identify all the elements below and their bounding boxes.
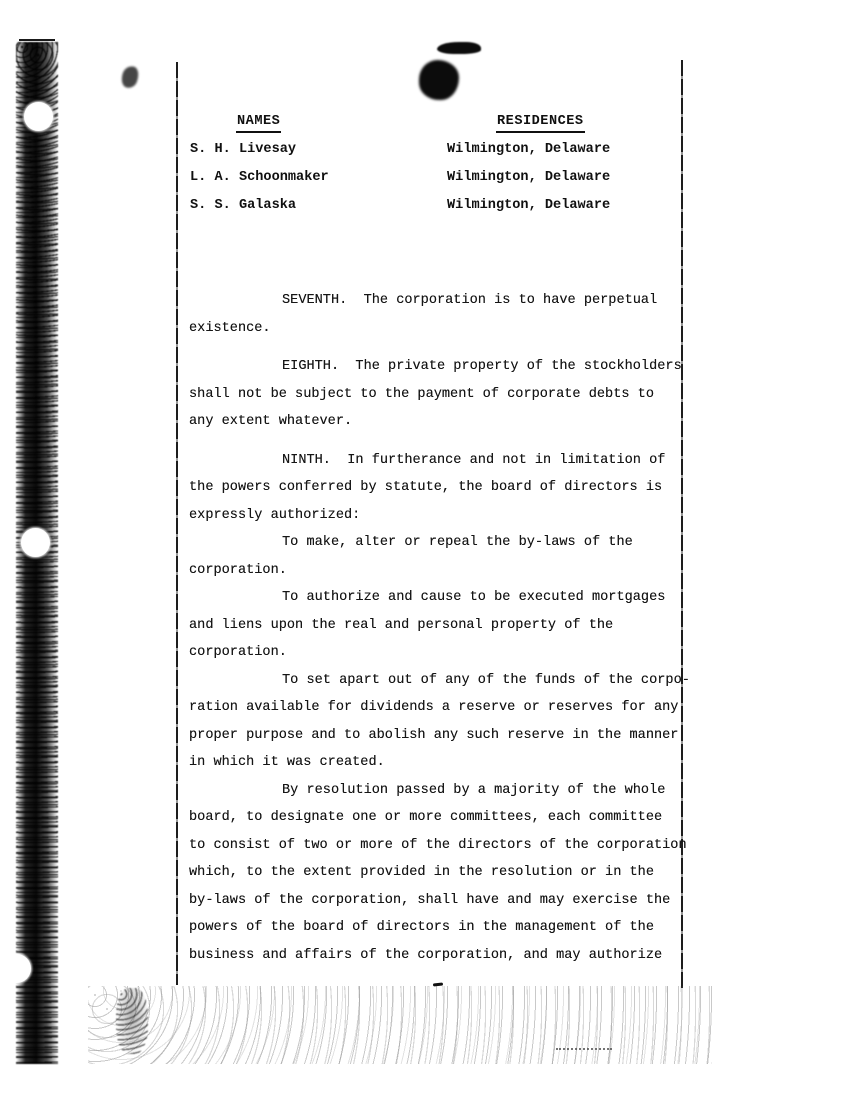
power-mortgages: To authorize and cause to be executed mo… [189, 584, 693, 667]
left-ruled-line [176, 62, 178, 985]
incorporator-residence: Wilmington, Delaware [447, 136, 610, 164]
hole-punch [21, 528, 50, 557]
incorporator-residence: Wilmington, Delaware [447, 192, 610, 220]
power-bylaws: To make, alter or repeal the by-laws of … [189, 529, 693, 584]
table-row: L. A. Schoonmaker Wilmington, Delaware [190, 164, 660, 192]
table-row: S. H. Livesay Wilmington, Delaware [190, 136, 660, 164]
article-eighth: EIGHTH. The private property of the stoc… [189, 353, 693, 436]
residences-column-header: RESIDENCES [496, 114, 585, 133]
incorporator-residence: Wilmington, Delaware [447, 164, 610, 192]
hole-punch [2, 954, 31, 983]
table-row: S. S. Galaska Wilmington, Delaware [190, 192, 660, 220]
article-ninth: NINTH. In furtherance and not in limitat… [189, 447, 693, 530]
hole-punch [24, 102, 53, 131]
faint-dashed-mark [556, 1048, 612, 1050]
incorporators-table: NAMES RESIDENCES S. H. Livesay Wilmingto… [190, 114, 660, 220]
incorporator-name: S. S. Galaska [190, 192, 296, 220]
articles-body: SEVENTH. The corporation is to have perp… [189, 276, 693, 969]
scan-edge-top-mark [19, 39, 55, 41]
ink-blot [419, 60, 459, 100]
incorporator-name: S. H. Livesay [190, 136, 296, 164]
power-committees: By resolution passed by a majority of th… [189, 777, 693, 970]
power-reserves: To set apart out of any of the funds of … [189, 667, 693, 777]
table-header-row: NAMES RESIDENCES [190, 114, 660, 136]
scan-smudge [116, 988, 148, 1054]
ink-smudge [119, 64, 141, 90]
article-seventh: SEVENTH. The corporation is to have perp… [189, 287, 693, 342]
names-column-header: NAMES [236, 114, 281, 133]
ink-blot [437, 42, 481, 54]
scan-noise [88, 986, 712, 1064]
incorporator-name: L. A. Schoonmaker [190, 164, 329, 192]
scanned-document-page: NAMES RESIDENCES S. H. Livesay Wilmingto… [0, 0, 849, 1100]
